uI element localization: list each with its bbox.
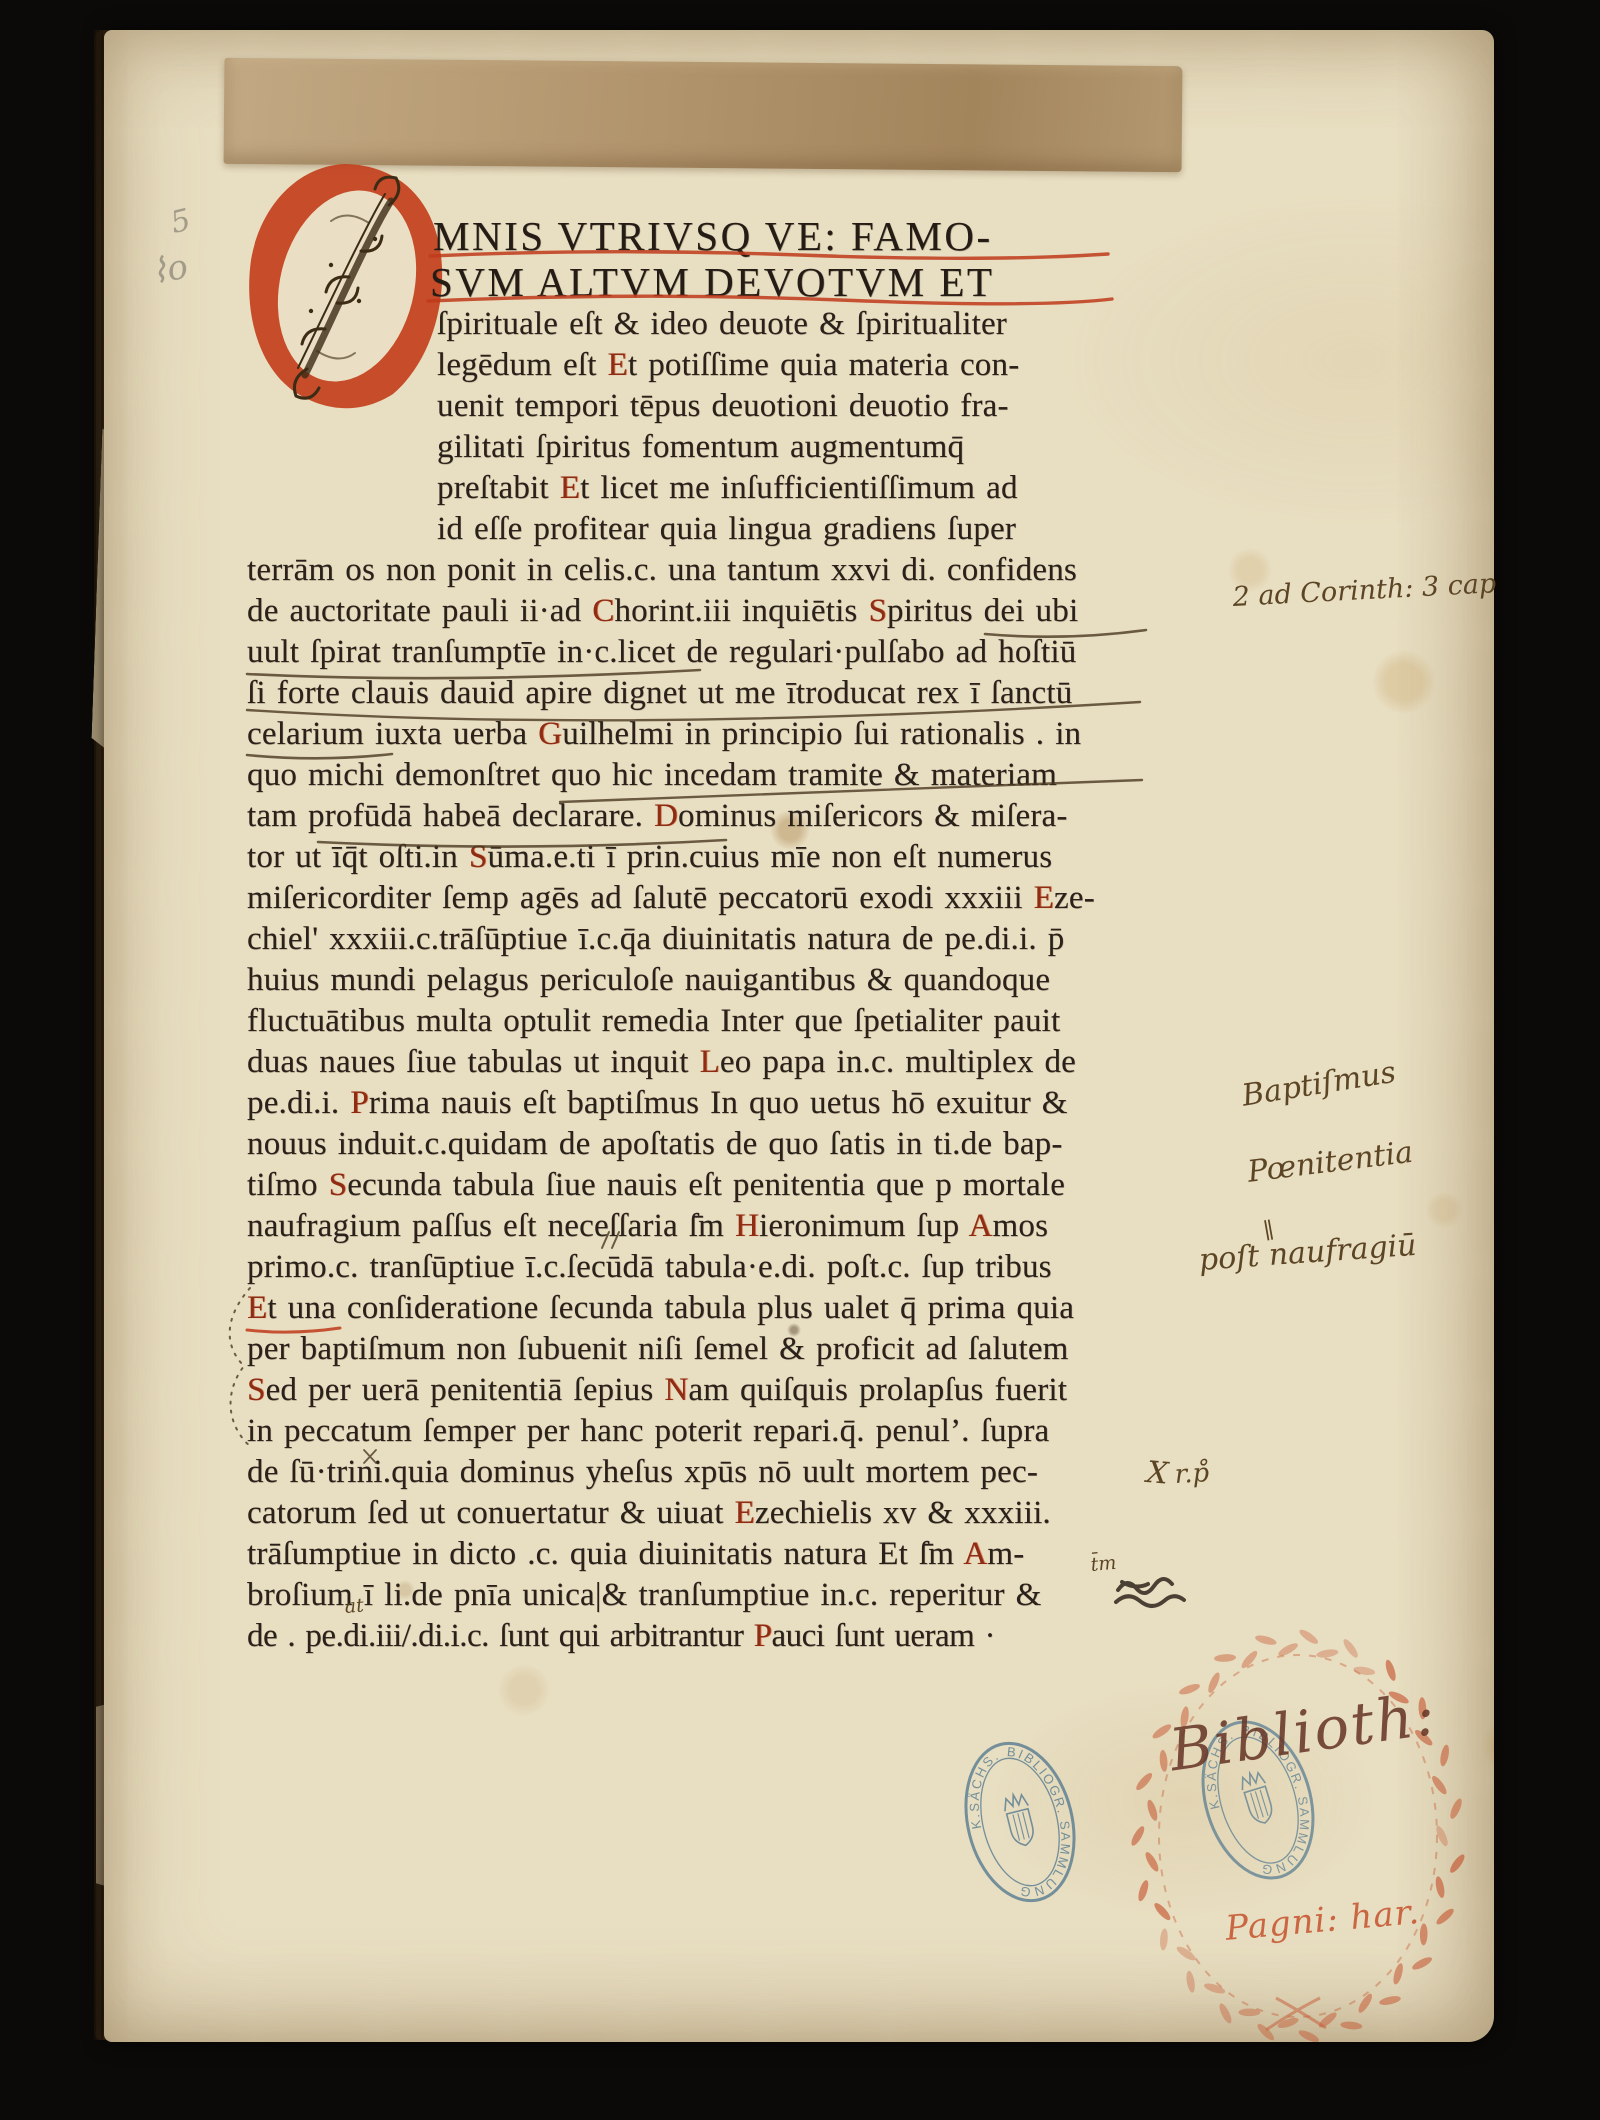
text-run: t una conſideratione ſecunda tabula plus… <box>267 1290 1074 1326</box>
text-line: per baptiſmum non ſubuenit niſi ſemel & … <box>247 1333 1069 1366</box>
text-line: id eſſe profitear quia lingua gradiens ſ… <box>437 513 1016 546</box>
text-run: rima nauis eſt baptiſmus In quo uetus hō… <box>369 1085 1068 1121</box>
text-run: celarium iuxta uerba <box>247 716 538 752</box>
text-line: ſi forte clauis dauid apire dignet ut me… <box>247 677 1072 710</box>
text-line: nouus induit.c.quidam de apoſtatis de qu… <box>247 1128 1063 1161</box>
text-run: ed per uerā penitentiā ſepius <box>266 1372 665 1408</box>
rubricated-letter: H <box>735 1208 759 1244</box>
text-run: piritus dei ubi <box>887 593 1078 629</box>
text-run: zechielis xv & xxxiii. <box>755 1495 1051 1531</box>
text-line: Sed per uerā penitentiā ſepius Nam quiſq… <box>247 1374 1067 1407</box>
text-run: id eſſe profitear quia lingua gradiens ſ… <box>437 511 1016 547</box>
text-run: m- <box>987 1536 1024 1572</box>
heading-line-1: MNIS VTRIVSQ VE: FAMO- <box>433 216 993 257</box>
text-run: trāſumptiue in dicto .c. quia diuinitati… <box>247 1536 963 1572</box>
rubricated-letter: P <box>754 1618 772 1654</box>
text-line: preſtabit Et licet me inſufficientiſſimu… <box>437 472 1018 505</box>
text-run: ominus miſericors & miſera- <box>678 798 1068 834</box>
text-run: legēdum eſt <box>437 347 608 383</box>
rubricated-letter: P <box>350 1085 369 1121</box>
rubricated-letter: N <box>664 1372 688 1408</box>
text-run: de . pe.di.iii/.di.i.c. ſunt qui arbitra… <box>247 1618 754 1654</box>
text-line: huius mundi pelagus periculoſe nauiganti… <box>247 964 1050 997</box>
text-line: quo michi demonſtret quo hic incedam tra… <box>247 759 1057 792</box>
text-run: preſtabit <box>437 470 560 506</box>
text-run: ūma.e.ti ī prin.cuius mīe non eſt numeru… <box>487 839 1052 875</box>
text-run: chiel' xxxiii.c.trāſūptiue ī.c.q̄a diuin… <box>247 921 1064 957</box>
text-line: chiel' xxxiii.c.trāſūptiue ī.c.q̄a diuin… <box>247 923 1064 956</box>
text-run: pe.di.i. <box>247 1085 350 1121</box>
text-run: fluctuātibus multa optulit remedia Inter… <box>247 1003 1060 1039</box>
illuminated-initial-O <box>241 161 455 413</box>
text-line: celarium iuxta uerba Guilhelmi in princi… <box>247 718 1081 751</box>
heading-line-2: SVM ALTVM DEVOTVM ET <box>430 262 994 303</box>
text-line: ſpirituale eſt & ideo deuote & ſpiritual… <box>437 308 1007 341</box>
pencil-mark: ⌇o <box>148 250 190 290</box>
text-line: fluctuātibus multa optulit remedia Inter… <box>247 1005 1060 1038</box>
text-run: de auctoritate pauli ii·ad <box>247 593 592 629</box>
rubricated-letter: C <box>592 593 614 629</box>
rubricated-letter: A <box>963 1536 987 1572</box>
text-line: tam profūdā habeā declarare. Dominus miſ… <box>247 800 1068 833</box>
text-run: ſi forte clauis dauid apire dignet ut me… <box>247 675 1072 711</box>
marginal-annotation: X <box>1145 1458 1169 1490</box>
text-line: in peccatum ſemper per hanc poterit repa… <box>247 1415 1049 1448</box>
text-run: tam profūdā habeā declarare. <box>247 798 654 834</box>
text-run: uenit tempori tēpus deuotioni deuotio fr… <box>437 388 1009 424</box>
text-run: gilitati ſpiritus fomentum augmentumq̄ <box>437 429 964 465</box>
text-run: ecunda tabula ſiue nauis eſt penitentia … <box>347 1167 1065 1203</box>
text-run: eo papa in.c. multiplex de <box>720 1044 1076 1080</box>
text-run: tiſmo <box>247 1167 329 1203</box>
text-run: mos <box>993 1208 1049 1244</box>
text-run: miſericorditer ſemp agēs ad ſalutē pecca… <box>247 880 1034 916</box>
marginal-annotation: t̄m <box>1090 1554 1117 1575</box>
text-run: auci ſunt ueram · <box>772 1618 996 1654</box>
rubricated-letter: E <box>735 1495 755 1531</box>
text-line: terrām os non ponit in celis.c. una tant… <box>247 554 1077 587</box>
text-line: tiſmo Secunda tabula ſiue nauis eſt peni… <box>247 1169 1065 1202</box>
rubricated-letter: E <box>247 1290 267 1326</box>
initial-penwork <box>241 161 455 413</box>
text-line: uenit tempori tēpus deuotioni deuotio fr… <box>437 390 1009 423</box>
text-line: tor ut īq̄t oſti.in Sūma.e.ti ī prin.cui… <box>247 841 1052 874</box>
text-line: pe.di.i. Prima nauis eſt baptiſmus In qu… <box>247 1087 1068 1120</box>
text-run: nouus induit.c.quidam de apoſtatis de qu… <box>247 1126 1063 1162</box>
text-run: quo michi demonſtret quo hic incedam tra… <box>247 757 1057 793</box>
text-run: tor ut īq̄t oſti.in <box>247 839 469 875</box>
text-line: catorum ſed ut conuertatur & uiuat Ezech… <box>247 1497 1051 1530</box>
rubricated-letter: D <box>654 798 678 834</box>
rubricated-letter: S <box>329 1167 348 1203</box>
marginal-annotation: r.p̊ <box>1174 1460 1210 1488</box>
text-run: horint.iii inquiētis <box>614 593 868 629</box>
text-line: de . pe.di.iii/.di.i.c. ſunt qui arbitra… <box>247 1620 995 1653</box>
text-line: Et una conſideratione ſecunda tabula plu… <box>247 1292 1074 1325</box>
text-run: broſium ī li.de pnīa unica|& tranſumptiu… <box>247 1577 1041 1613</box>
text-run: de ſū·trini.quia dominus yheſus xpūs nō … <box>247 1454 1038 1490</box>
text-run: duas naues ſiue tabulas ut inquit <box>247 1044 700 1080</box>
text-run: per baptiſmum non ſubuenit niſi ſemel & … <box>247 1331 1069 1367</box>
text-run: t licet me inſufficientiſſimum ad <box>580 470 1018 506</box>
text-run: ze- <box>1054 880 1095 916</box>
text-line: miſericorditer ſemp agēs ad ſalutē pecca… <box>247 882 1095 915</box>
text-line: broſium ī li.de pnīa unica|& tranſumptiu… <box>247 1579 1041 1612</box>
marginal-annotation: at <box>344 1596 365 1617</box>
text-line: primo.c. tranſūptiue ī.c.ſecūdā tabula·e… <box>247 1251 1052 1284</box>
text-run: primo.c. tranſūptiue ī.c.ſecūdā tabula·e… <box>247 1249 1052 1285</box>
text-line: de ſū·trini.quia dominus yheſus xpūs nō … <box>247 1456 1038 1489</box>
text-run: naufragium paſſus eſt neceſſaria ſ̄m <box>247 1208 735 1244</box>
text-run: terrām os non ponit in celis.c. una tant… <box>247 552 1077 588</box>
text-line: de auctoritate pauli ii·ad Chorint.iii i… <box>247 595 1078 628</box>
text-run: in peccatum ſemper per hanc poterit repa… <box>247 1413 1049 1449</box>
text-line: uult ſpirat tranſumptīe in·c.licet de re… <box>247 636 1076 669</box>
text-run: ieronimum ſup <box>759 1208 968 1244</box>
tanned-top-band <box>224 58 1183 172</box>
text-line: duas naues ſiue tabulas ut inquit Leo pa… <box>247 1046 1076 1079</box>
rubricated-letter: A <box>968 1208 992 1244</box>
rubricated-letter: E <box>560 470 580 506</box>
rubricated-letter: E <box>1034 880 1054 916</box>
text-line: trāſumptiue in dicto .c. quia diuinitati… <box>247 1538 1024 1571</box>
text-run: uult ſpirat tranſumptīe in·c.licet de re… <box>247 634 1076 670</box>
text-line: naufragium paſſus eſt neceſſaria ſ̄m Hie… <box>247 1210 1048 1243</box>
text-run: am quiſquis prolapſus fuerit <box>688 1372 1067 1408</box>
text-line: gilitati ſpiritus fomentum augmentumq̄ <box>437 431 964 464</box>
rubricated-letter: G <box>538 716 562 752</box>
rubricated-letter: S <box>247 1372 266 1408</box>
rubricated-letter: S <box>469 839 488 875</box>
rubricated-letter: S <box>868 593 887 629</box>
text-run: huius mundi pelagus periculoſe nauiganti… <box>247 962 1050 998</box>
text-run: uilhelmi in principio ſui rationalis . i… <box>562 716 1081 752</box>
photograph-of-book-page: MNIS VTRIVSQ VE: FAMO- SVM ALTVM DEVOTVM… <box>0 0 1600 2120</box>
rubricated-letter: L <box>700 1044 720 1080</box>
text-line: legēdum eſt Et potiſſime quia materia co… <box>437 349 1019 382</box>
text-run: ſpirituale eſt & ideo deuote & ſpiritual… <box>437 306 1007 342</box>
rubricated-letter: E <box>608 347 628 383</box>
text-run: catorum ſed ut conuertatur & uiuat <box>247 1495 735 1531</box>
text-run: t potiſſime quia materia con- <box>628 347 1020 383</box>
